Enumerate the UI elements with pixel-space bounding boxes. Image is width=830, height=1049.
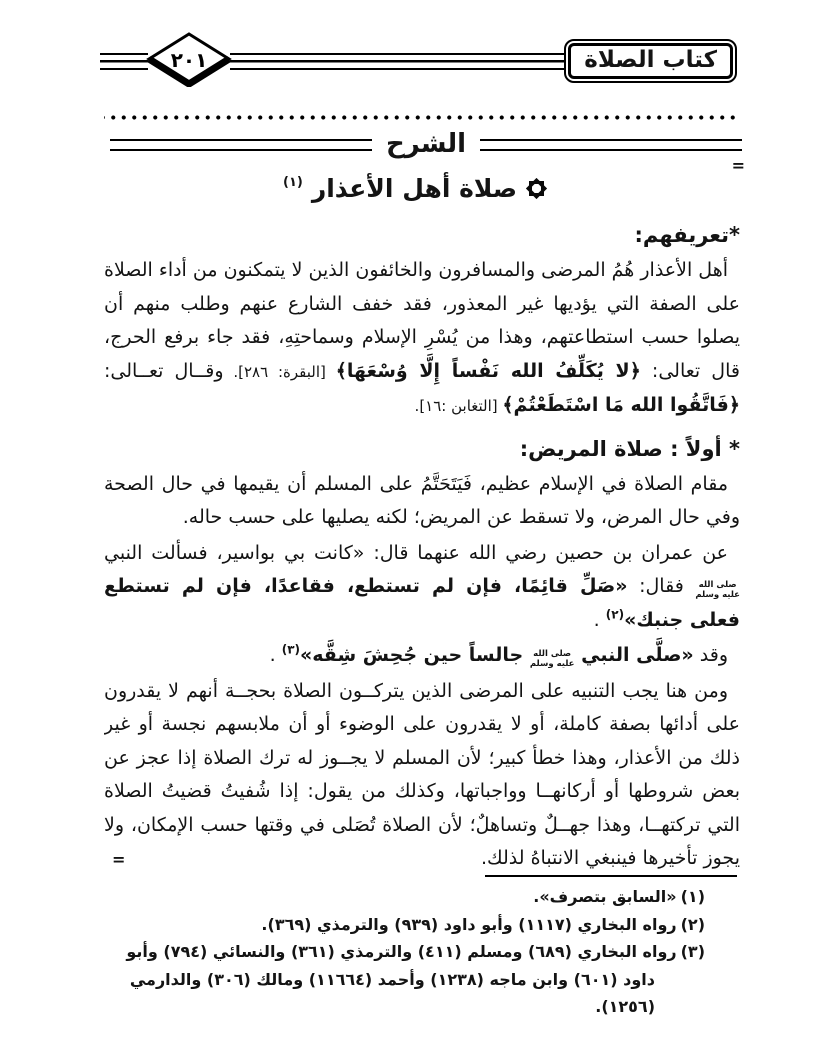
text-run: فقال: (628, 575, 696, 597)
text-run: [البقرة: ٢٨٦]. (224, 363, 336, 381)
footnote-number: (٢) (681, 915, 705, 934)
footnote-text: رواه البخاري (٦٨٩) ومسلم (٤١١) والترمذي … (126, 942, 676, 1016)
text-run: . (594, 609, 606, 631)
text-run: * أولاً : صلاة المريض: (520, 437, 740, 461)
prayer-status-paragraph: مقام الصلاة في الإسلام عظيم، فَيَتَحَتَّ… (104, 468, 740, 535)
footnote-text: «السابق بتصرف». (533, 887, 676, 906)
footnote-item: (٣)رواه البخاري (٦٨٩) ومسلم (٤١١) والترم… (92, 938, 705, 1021)
footnote-item: (٢)رواه البخاري (١١١٧) وأبو داود (٩٣٩) و… (92, 911, 705, 939)
footnote-text: رواه البخاري (١١١٧) وأبو داود (٩٣٩) والت… (261, 915, 676, 934)
book-title: كتاب الصلاة (568, 43, 733, 79)
sharh-rule-left (110, 139, 372, 151)
hadith-imran-paragraph: عن عمران بن حصين رضي الله عنهما قال: «كا… (104, 537, 740, 638)
section-title-footnote-ref: (١) (283, 175, 303, 190)
section-title-row: صلاة أهل الأعذار (١) (0, 173, 830, 204)
book-title-box: كتاب الصلاة (564, 39, 737, 83)
sharh-heading: الشرح (372, 129, 480, 160)
continuation-mark-top: = (732, 156, 744, 175)
saw-ligature-icon: صلى اللهعليه وسلم (530, 650, 575, 669)
header-rule-left (100, 53, 148, 70)
text-run: ﴿فَاتَّقُوا الله مَا اسْتَطَعْتُمْ﴾ (502, 394, 740, 416)
text-run: جالساً حين جُحِشَ شِقَّه» (300, 644, 530, 666)
page-header: كتاب الصلاة ٢٠١ (100, 34, 737, 88)
text-run: ﴿لا يُكَلِّفُ الله نَفْساً إِلَّا وُسْعَ… (336, 360, 641, 382)
definition-heading: *تعريفهم: (104, 218, 740, 252)
definition-paragraph: أهل الأعذار هُمُ المرضى والمسافرون والخا… (104, 254, 740, 424)
sick-prayer-heading: * أولاً : صلاة المريض: (104, 432, 740, 466)
footnote-number: (٣) (681, 942, 705, 961)
text-run: وقد (694, 644, 728, 666)
page-number-diamond: ٢٠١ (146, 31, 232, 91)
warning-paragraph: ومن هنا يجب التنبيه على المرضى الذين يتر… (104, 675, 740, 876)
sharh-rule-right (480, 139, 742, 151)
footnote-ref: (٢) (606, 608, 624, 622)
section-title: صلاة أهل الأعذار (312, 173, 517, 204)
continuation-mark-bottom: = (112, 850, 124, 869)
text-run: «صلَّى النبي (574, 644, 693, 666)
body-content: *تعريفهم: أهل الأعذار هُمُ المرضى والمسا… (104, 210, 740, 878)
sharh-heading-row: الشرح (110, 129, 742, 160)
rub-el-hizb-icon (526, 178, 547, 199)
footnote-number: (١) (681, 887, 705, 906)
footnote-item: (١)«السابق بتصرف». (92, 883, 705, 911)
text-run: [التغابن :١٦]. (415, 397, 503, 415)
hadith-sitting-paragraph: وقد «صلَّى النبي صلى اللهعليه وسلم جالسا… (104, 639, 740, 673)
text-run: مقام الصلاة في الإسلام عظيم، فَيَتَحَتَّ… (104, 473, 740, 529)
page-number: ٢٠١ (171, 48, 208, 72)
footnotes-list: (١)«السابق بتصرف».(٢)رواه البخاري (١١١٧)… (92, 883, 705, 1021)
book-page: كتاب الصلاة ٢٠١ الشرح = صلاة أهل الأعذار… (0, 0, 830, 1049)
footnote-ref: (٣) (282, 643, 300, 657)
header-rule-right (230, 53, 564, 70)
saw-ligature-icon: صلى اللهعليه وسلم (695, 581, 740, 600)
text-run: *تعريفهم: (634, 223, 740, 247)
text-run: عن عمران بن حصين رضي الله عنهما قال: «كا… (104, 542, 728, 564)
text-run: . (270, 644, 282, 666)
text-run: وقــال تعــالى: (104, 360, 224, 382)
diamond-icon: ٢٠١ (146, 31, 232, 87)
footnote-separator-rule (485, 875, 737, 877)
text-run: ومن هنا يجب التنبيه على المرضى الذين يتر… (104, 680, 740, 870)
dotted-rule (104, 114, 738, 121)
